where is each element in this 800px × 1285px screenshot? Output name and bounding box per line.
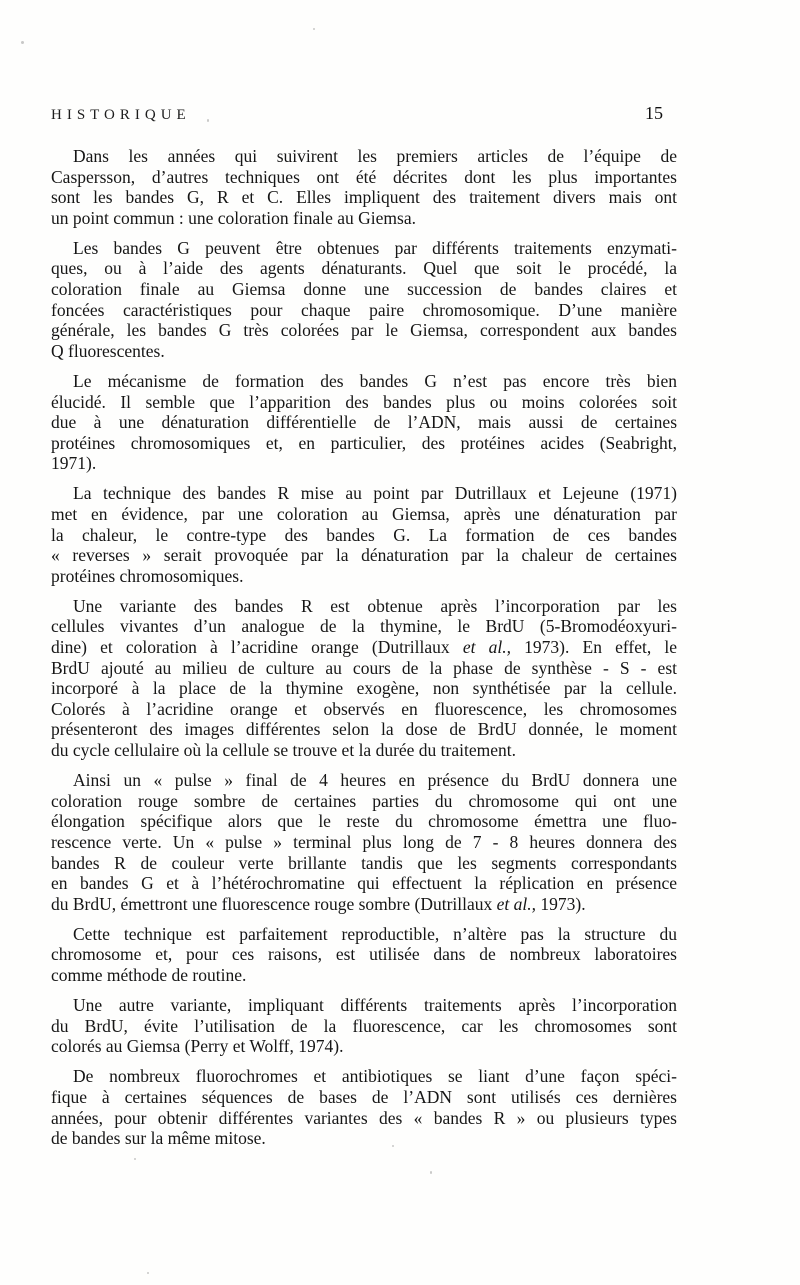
paragraph: De nombreux fluorochromes et antibiotiqu… [51,1066,677,1148]
scan-speck [147,1272,149,1274]
text-line: dine) et coloration à l’acridine orange … [51,637,677,658]
text-run: ques, ou à l’aide des agents dénaturants… [51,258,677,278]
text-run: Le mécanisme de formation des bandes G n… [73,371,677,391]
scan-speck [134,1158,136,1160]
text-line: du cycle cellulaire où la cellule se tro… [51,740,677,761]
scanned-book-page: HISTORIQUE 15 Dans les années qui suivir… [0,0,800,1285]
text-run: due à une dénaturation différentielle de… [51,412,677,432]
text-line: coloration finale au Giemsa donne une su… [51,279,677,300]
scan-speck [207,119,209,122]
text-line: met en évidence, par une coloration au G… [51,504,677,525]
text-line: Une variante des bandes R est obtenue ap… [51,596,677,617]
text-line: générale, les bandes G très colorées par… [51,320,677,341]
paragraph: Ainsi un « pulse » final de 4 heures en … [51,770,677,914]
text-run: années, pour obtenir différentes variant… [51,1108,677,1128]
text-line: de bandes sur la même mitose. [51,1128,677,1149]
text-run: de bandes sur la même mitose. [51,1128,266,1148]
text-run: rescence verte. Un « pulse » terminal pl… [51,832,677,852]
text-line: Ainsi un « pulse » final de 4 heures en … [51,770,677,791]
text-run: en bandes G et à l’hétérochromatine qui … [51,873,677,893]
paragraph: Une variante des bandes R est obtenue ap… [51,596,677,761]
text-run: du cycle cellulaire où la cellule se tro… [51,740,516,760]
text-line: due à une dénaturation différentielle de… [51,412,677,433]
text-run: Colorés à l’acridine orange et observés … [51,699,677,719]
text-line: chromosome et, pour ces raisons, est uti… [51,944,677,965]
text-line: Le mécanisme de formation des bandes G n… [51,371,677,392]
text-line: Colorés à l’acridine orange et observés … [51,699,677,720]
text-run: colorés au Giemsa (Perry et Wolff, 1974)… [51,1036,343,1056]
text-line: cellules vivantes d’un analogue de la th… [51,616,677,637]
body-text: Dans les années qui suivirent les premie… [51,146,677,1158]
paragraph: La technique des bandes R mise au point … [51,483,677,586]
text-run: sont les bandes G, R et C. Elles impliqu… [51,187,677,207]
text-run: Cette technique est parfaitement reprodu… [73,924,677,944]
text-line: du BrdU, émettront une fluorescence roug… [51,894,677,915]
scan-speck [430,1171,432,1174]
text-line: Une autre variante, impliquant différent… [51,995,677,1016]
text-run: bandes R de couleur verte brillante tand… [51,853,677,873]
text-run: coloration finale au Giemsa donne une su… [51,279,677,299]
text-run: présenteront des images différentes selo… [51,719,677,739]
text-run: cellules vivantes d’un analogue de la th… [51,616,677,636]
text-run: élongation spécifique alors que le reste… [51,811,677,831]
scan-speck [21,41,24,44]
text-line: sont les bandes G, R et C. Elles impliqu… [51,187,677,208]
scan-speck [313,28,315,30]
text-run: Dans les années qui suivirent les premie… [73,146,677,166]
text-line: rescence verte. Un « pulse » terminal pl… [51,832,677,853]
text-line: foncées caractéristiques pour chaque pai… [51,300,677,321]
text-run: Ainsi un « pulse » final de 4 heures en … [73,770,677,790]
text-line: « reverses » serait provoquée par la dén… [51,545,677,566]
text-run: De nombreux fluorochromes et antibiotiqu… [73,1066,677,1086]
paragraph: Dans les années qui suivirent les premie… [51,146,677,228]
text-run: 1973). [536,894,586,914]
page-header: HISTORIQUE 15 [51,103,677,124]
text-run: incorporé à la place de la thymine exogè… [51,678,677,698]
text-line: bandes R de couleur verte brillante tand… [51,853,677,874]
text-run: dine) et coloration à l’acridine orange … [51,637,463,657]
text-run: fique à certaines séquences de bases de … [51,1087,677,1107]
text-run: chromosome et, pour ces raisons, est uti… [51,944,677,964]
text-run: foncées caractéristiques pour chaque pai… [51,300,677,320]
scan-speck [392,1145,394,1147]
text-line: colorés au Giemsa (Perry et Wolff, 1974)… [51,1036,677,1057]
text-run: Les bandes G peuvent être obtenues par d… [73,238,677,258]
text-run: comme méthode de routine. [51,965,246,985]
text-run: met en évidence, par une coloration au G… [51,504,677,524]
paragraph: Cette technique est parfaitement reprodu… [51,924,677,986]
text-line: comme méthode de routine. [51,965,677,986]
text-run: du BrdU, émettront une fluorescence roug… [51,894,497,914]
text-line: Cette technique est parfaitement reprodu… [51,924,677,945]
text-run: un point commun : une coloration finale … [51,208,416,228]
text-line: années, pour obtenir différentes variant… [51,1108,677,1129]
text-line: du BrdU, évite l’utilisation de la fluor… [51,1016,677,1037]
text-line: Dans les années qui suivirent les premie… [51,146,677,167]
running-title: HISTORIQUE [51,107,191,124]
text-run: générale, les bandes G très colorées par… [51,320,677,340]
text-line: Q fluorescentes. [51,341,677,362]
text-line: La technique des bandes R mise au point … [51,483,677,504]
text-line: fique à certaines séquences de bases de … [51,1087,677,1108]
page-number: 15 [645,103,677,124]
text-line: Les bandes G peuvent être obtenues par d… [51,238,677,259]
text-run: élucidé. Il semble que l’apparition des … [51,392,677,412]
paragraph: Le mécanisme de formation des bandes G n… [51,371,677,474]
text-line: un point commun : une coloration finale … [51,208,677,229]
text-run: 1971). [51,453,96,473]
text-line: en bandes G et à l’hétérochromatine qui … [51,873,677,894]
text-line: présenteront des images différentes selo… [51,719,677,740]
text-line: élucidé. Il semble que l’apparition des … [51,392,677,413]
paragraph: Une autre variante, impliquant différent… [51,995,677,1057]
text-run: 1973). En effet, le [511,637,677,657]
text-line: élongation spécifique alors que le reste… [51,811,677,832]
text-run: la chaleur, le contre-type des bandes G.… [51,525,677,545]
text-line: BrdU ajouté au milieu de culture au cour… [51,658,677,679]
italic-run: et al., [463,637,511,657]
text-run: Q fluorescentes. [51,341,165,361]
text-run: Une autre variante, impliquant différent… [73,995,677,1015]
text-line: protéines chromosomiques. [51,566,677,587]
text-run: « reverses » serait provoquée par la dén… [51,545,677,565]
text-line: Caspersson, d’autres techniques ont été … [51,167,677,188]
text-line: incorporé à la place de la thymine exogè… [51,678,677,699]
text-run: protéines chromosomiques. [51,566,243,586]
text-run: protéines chromosomiques et, en particul… [51,433,677,453]
text-run: Caspersson, d’autres techniques ont été … [51,167,677,187]
text-run: La technique des bandes R mise au point … [73,483,677,503]
text-run: coloration rouge sombre de certaines par… [51,791,677,811]
text-run: Une variante des bandes R est obtenue ap… [73,596,677,616]
paragraph: Les bandes G peuvent être obtenues par d… [51,238,677,362]
text-line: De nombreux fluorochromes et antibiotiqu… [51,1066,677,1087]
text-line: la chaleur, le contre-type des bandes G.… [51,525,677,546]
text-line: ques, ou à l’aide des agents dénaturants… [51,258,677,279]
text-run: BrdU ajouté au milieu de culture au cour… [51,658,677,678]
italic-run: et al., [497,894,536,914]
text-line: protéines chromosomiques et, en particul… [51,433,677,454]
text-line: 1971). [51,453,677,474]
text-run: du BrdU, évite l’utilisation de la fluor… [51,1016,677,1036]
text-line: coloration rouge sombre de certaines par… [51,791,677,812]
